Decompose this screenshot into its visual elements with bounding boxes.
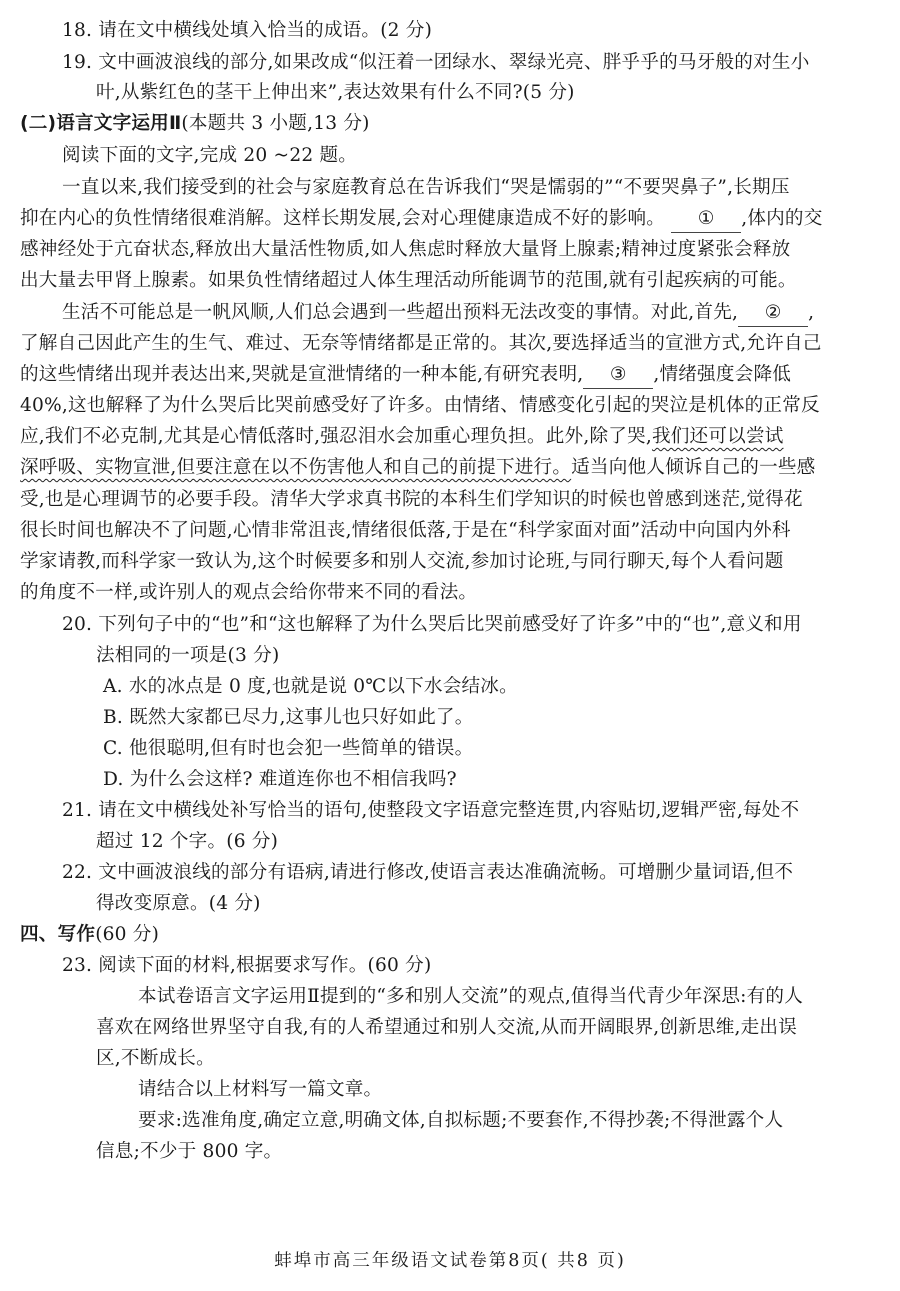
passage-text: ,情绪强度会降低 <box>653 364 791 385</box>
passage-text: ,体内的交 <box>741 208 822 229</box>
option-label: D. <box>103 769 124 790</box>
option-text: 既然大家都已尽力,这事儿也只好如此了。 <box>129 707 473 728</box>
passage-line: 抑在内心的负性情绪很难消解。这样长期发展,会对心理健康造成不好的影响。 ①,体内… <box>20 206 823 233</box>
question-number: 22. <box>62 860 92 886</box>
material-line: 区,不断成长。 <box>96 1046 215 1072</box>
passage-text: , <box>808 302 814 323</box>
question-text: 文中画波浪线的部分,如果改成“似汪着一团绿水、翠绿光亮、胖乎乎的马牙般的对生小 <box>98 52 809 73</box>
question-22-cont: 得改变原意。(4 分) <box>96 891 261 917</box>
page-footer: 蚌埠市高三年级语文试卷第8页( 共8 页) <box>0 1247 900 1272</box>
passage-line: 很长时间也解决不了问题,心情非常沮丧,情绪很低落,于是在“科学家面对面”活动中向… <box>20 518 791 544</box>
question-21: 21. 请在文中横线处补写恰当的语句,使整段文字语意完整连贯,内容贴切,逻辑严密… <box>62 798 799 824</box>
option-a: A. 水的冰点是 0 度,也就是说 0℃以下水会结冰。 <box>103 674 518 700</box>
section-title: (二)语言文字运用Ⅱ <box>20 113 181 134</box>
question-number: 23. <box>62 953 92 979</box>
question-19-cont: 叶,从紫红色的茎干上伸出来”,表达效果有什么不同?(5 分) <box>96 80 575 106</box>
question-22: 22. 文中画波浪线的部分有语病,请进行修改,使语言表达准确流畅。可增删少量词语… <box>62 860 793 886</box>
passage-text: 抑在内心的负性情绪很难消解。这样长期发展,会对心理健康造成不好的影响。 <box>20 208 665 229</box>
option-text: 水的冰点是 0 度,也就是说 0℃以下水会结冰。 <box>129 676 518 697</box>
blank-1: ① <box>671 206 741 233</box>
passage-line: 的这些情绪出现并表达出来,哭就是宣泄情绪的一种本能,有研究表明,③,情绪强度会降… <box>20 362 791 389</box>
question-20-cont: 法相同的一项是(3 分) <box>96 643 279 669</box>
option-label: B. <box>103 707 123 728</box>
question-19: 19. 文中画波浪线的部分,如果改成“似汪着一团绿水、翠绿光亮、胖乎乎的马牙般的… <box>62 50 809 76</box>
requirements-line: 要求:选准角度,确定立意,明确文体,自拟标题;不要套作,不得抄袭;不得泄露个人 <box>138 1108 783 1134</box>
question-23: 23. 阅读下面的材料,根据要求写作。(60 分) <box>62 953 431 979</box>
question-text: 文中画波浪线的部分有语病,请进行修改,使语言表达准确流畅。可增删少量词语,但不 <box>98 862 793 883</box>
blank-2: ② <box>738 300 808 327</box>
question-20: 20. 下列句子中的“也”和“这也解释了为什么哭后比哭前感受好了许多”中的“也”… <box>62 612 802 638</box>
passage-line: 感神经处于亢奋状态,释放出大量活性物质,如人焦虑时释放大量肾上腺素;精神过度紧张… <box>20 237 790 263</box>
option-d: D. 为什么会这样? 难道连你也不相信我吗? <box>103 767 457 793</box>
exam-page: 18. 请在文中横线处填入恰当的成语。(2 分) 19. 文中画波浪线的部分,如… <box>0 0 900 1291</box>
option-label: A. <box>103 676 123 697</box>
passage-text: 的这些情绪出现并表达出来,哭就是宣泄情绪的一种本能,有研究表明, <box>20 364 583 385</box>
question-text: 请在文中横线处补写恰当的语句,使整段文字语意完整连贯,内容贴切,逻辑严密,每处不 <box>98 800 799 821</box>
question-number: 21. <box>62 798 92 824</box>
passage-line: 了解自己因此产生的生气、难过、无奈等情绪都是正常的。其次,要选择适当的宣泄方式,… <box>20 331 822 357</box>
option-text: 他很聪明,但有时也会犯一些简单的错误。 <box>129 738 473 759</box>
question-21-cont: 超过 12 个字。(6 分) <box>96 829 278 855</box>
passage-text: 应,我们不必克制,尤其是心情低落时,强忍泪水会加重心理负担。此外,除了哭, <box>20 426 652 447</box>
passage-line: 的角度不一样,或许别人的观点会给你带来不同的看法。 <box>20 580 477 606</box>
question-18: 18. 请在文中横线处填入恰当的成语。(2 分) <box>62 18 432 44</box>
option-b: B. 既然大家都已尽力,这事儿也只好如此了。 <box>103 705 474 731</box>
section-heading: (二)语言文字运用Ⅱ(本题共 3 小题,13 分) <box>20 111 370 137</box>
question-text: 阅读下面的材料,根据要求写作。(60 分) <box>98 955 431 976</box>
passage-line: 出大量去甲肾上腺素。如果负性情绪超过人体生理活动所能调节的范围,就有引起疾病的可… <box>20 268 797 294</box>
option-label: C. <box>103 738 123 759</box>
requirements-line: 信息;不少于 800 字。 <box>96 1139 282 1165</box>
passage-text: 生活不可能总是一帆风顺,人们总会遇到一些超出预料无法改变的事情。对此,首先, <box>62 302 738 323</box>
option-text: 为什么会这样? 难道连你也不相信我吗? <box>130 769 457 790</box>
section-note: (本题共 3 小题,13 分) <box>181 113 369 134</box>
question-text: 请在文中横线处填入恰当的成语。(2 分) <box>98 20 432 41</box>
section-score: (60 分) <box>95 924 159 945</box>
section-intro: 阅读下面的文字,完成 20 ~22 题。 <box>62 143 357 169</box>
material-line: 本试卷语言文字运用Ⅱ提到的“多和别人交流”的观点,值得当代青少年深思:有的人 <box>138 984 803 1010</box>
wavy-underlined-text: 深呼吸、实物宣泄,但要注意在以不伤害他人和自己的前提下进行。 <box>20 457 571 478</box>
question-number: 20. <box>62 612 92 638</box>
passage-line: 生活不可能总是一帆风顺,人们总会遇到一些超出预料无法改变的事情。对此,首先,②, <box>62 300 814 327</box>
passage-line: 学家请教,而科学家一致认为,这个时候要多和别人交流,参加讨论班,与同行聊天,每个… <box>20 549 784 575</box>
passage-line: 深呼吸、实物宣泄,但要注意在以不伤害他人和自己的前提下进行。适当向他人倾诉自己的… <box>20 455 815 481</box>
passage-text: 适当向他人倾诉自己的一些感 <box>571 457 815 478</box>
material-line: 喜欢在网络世界坚守自我,有的人希望通过和别人交流,从而开阔眼界,创新思维,走出误 <box>96 1015 797 1041</box>
option-c: C. 他很聪明,但有时也会犯一些简单的错误。 <box>103 736 473 762</box>
question-text: 下列句子中的“也”和“这也解释了为什么哭后比哭前感受好了许多”中的“也”,意义和… <box>98 614 801 635</box>
question-number: 18. <box>62 18 92 44</box>
wavy-underlined-text: 我们还可以尝试 <box>652 426 784 447</box>
question-number: 19. <box>62 50 92 76</box>
blank-3: ③ <box>583 362 653 389</box>
instruction-line: 请结合以上材料写一篇文章。 <box>138 1077 382 1103</box>
passage-line: 40%,这也解释了为什么哭后比哭前感受好了许多。由情绪、情感变化引起的哭泣是机体… <box>20 393 820 419</box>
passage-line: 受,也是心理调节的必要手段。清华大学求真书院的本科生们学知识的时候也曾感到迷茫,… <box>20 487 803 513</box>
passage-line: 应,我们不必克制,尤其是心情低落时,强忍泪水会加重心理负担。此外,除了哭,我们还… <box>20 424 784 450</box>
section-title: 四、写作 <box>20 924 95 945</box>
passage-line: 一直以来,我们接受到的社会与家庭教育总在告诉我们“哭是懦弱的”“不要哭鼻子”,长… <box>62 175 790 201</box>
section-heading: 四、写作(60 分) <box>20 922 159 948</box>
